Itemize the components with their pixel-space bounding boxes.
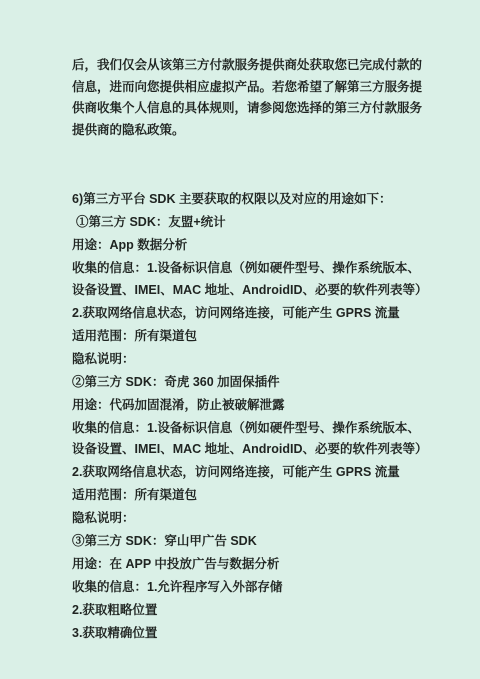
sdk1-name: ①第三方 SDK：友盟+统计 bbox=[72, 212, 424, 234]
sdk3-collected-info-3: 3.获取精确位置 bbox=[72, 623, 424, 645]
sdk2-collected-info: 收集的信息：1.设备标识信息（例如硬件型号、操作系统版本、设备设置、IMEI、M… bbox=[72, 418, 424, 461]
sdk2-collected-info-2: 2.获取网络信息状态，访问网络连接，可能产生 GPRS 流量 bbox=[72, 462, 424, 484]
sdk3-collected-info: 收集的信息：1.允许程序写入外部存储 bbox=[72, 577, 424, 599]
sdk3-collected-info-2: 2.获取粗略位置 bbox=[72, 600, 424, 622]
sdk2-name: ②第三方 SDK：奇虎 360 加固保插件 bbox=[72, 372, 424, 394]
sdk1-privacy-note: 隐私说明： bbox=[72, 349, 424, 371]
sdk3-purpose: 用途：在 APP 中投放广告与数据分析 bbox=[72, 554, 424, 576]
sdk3-name: ③第三方 SDK：穿山甲广告 SDK bbox=[72, 531, 424, 553]
sdk2-privacy-note: 隐私说明： bbox=[72, 508, 424, 530]
sdk2-scope: 适用范围：所有渠道包 bbox=[72, 485, 424, 507]
intro-paragraph: 后，我们仅会从该第三方付款服务提供商处获取您已完成付款的信息，进而向您提供相应虚… bbox=[72, 55, 424, 141]
sdk1-purpose: 用途：App 数据分析 bbox=[72, 235, 424, 257]
sdk2-purpose: 用途：代码加固混淆，防止被破解泄露 bbox=[72, 395, 424, 417]
sdk1-scope: 适用范围：所有渠道包 bbox=[72, 326, 424, 348]
section-heading-sdk-permissions: 6)第三方平台 SDK 主要获取的权限以及对应的用途如下： bbox=[72, 189, 424, 211]
sdk1-collected-info-2: 2.获取网络信息状态，访问网络连接，可能产生 GPRS 流量 bbox=[72, 303, 424, 325]
privacy-policy-document: 后，我们仅会从该第三方付款服务提供商处获取您已完成付款的信息，进而向您提供相应虚… bbox=[72, 55, 424, 646]
sdk1-collected-info: 收集的信息：1.设备标识信息（例如硬件型号、操作系统版本、设备设置、IMEI、M… bbox=[72, 258, 424, 301]
